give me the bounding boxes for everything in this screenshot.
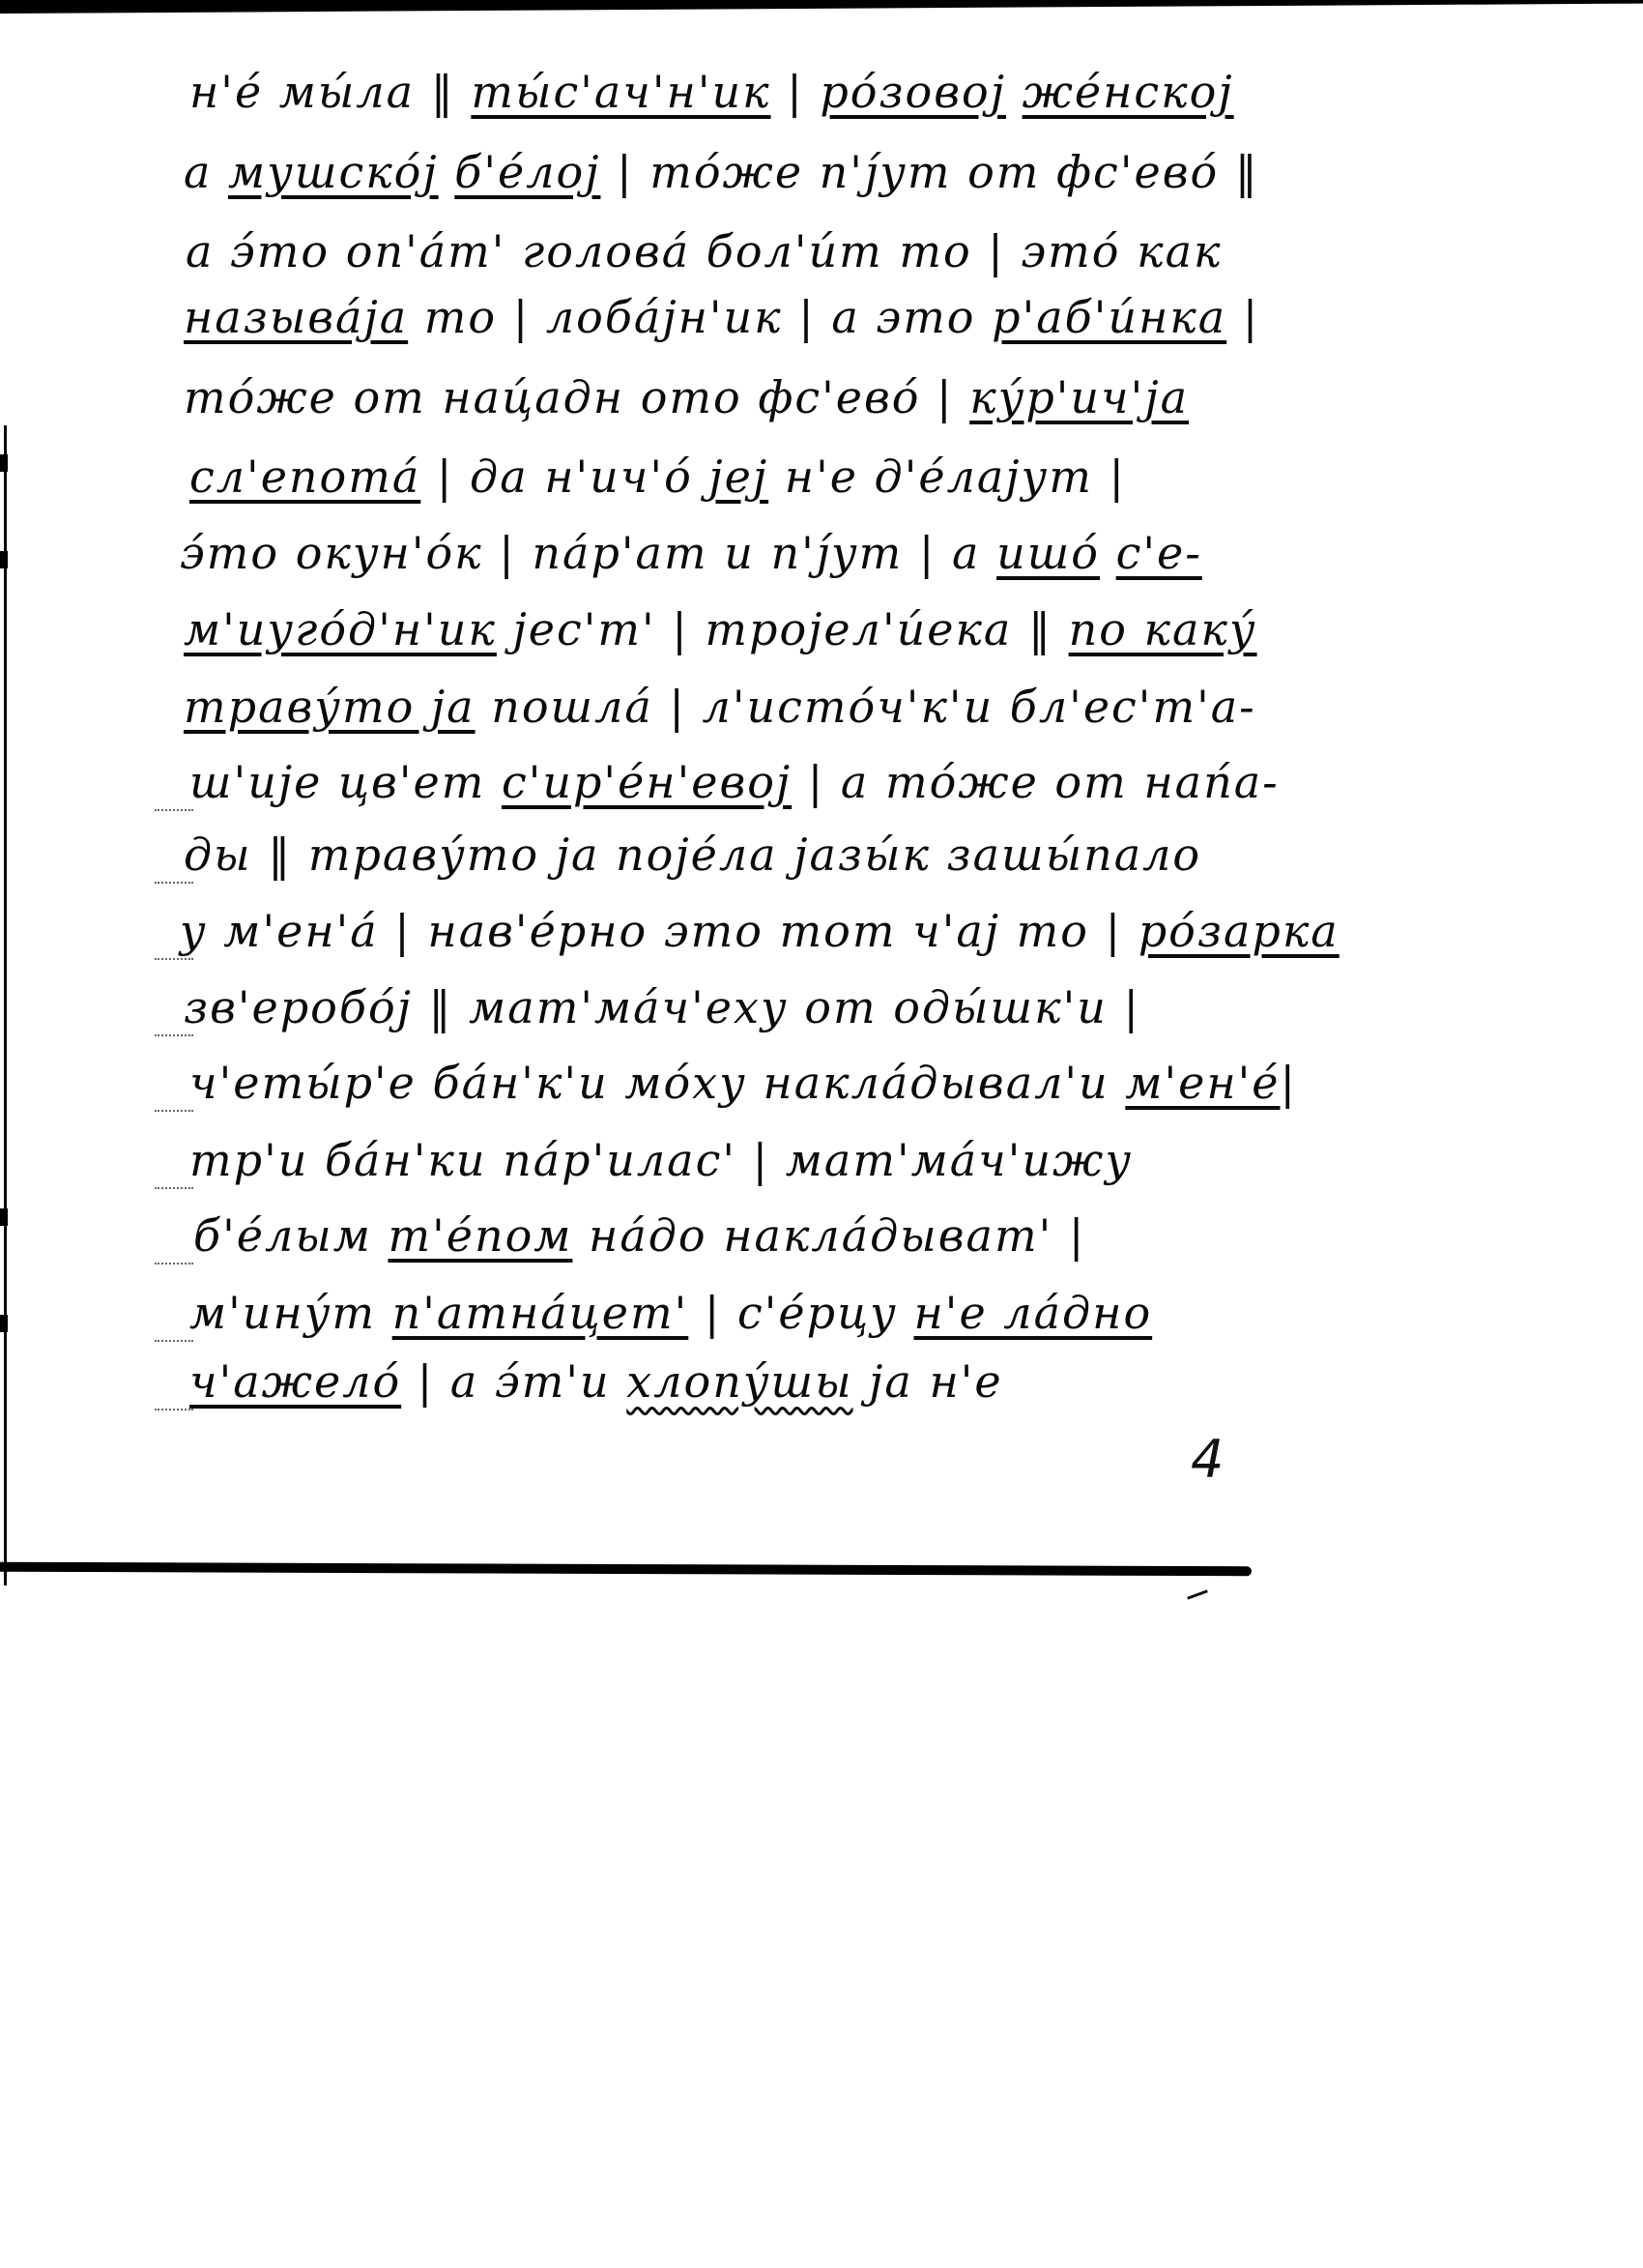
text-segment: ш'иjе цв'ет — [189, 756, 502, 808]
faint-guide-line — [155, 958, 193, 960]
underlined-word: р'аб'и́нка — [992, 291, 1226, 343]
text-segment: а — [184, 146, 228, 198]
underlined-word: ро́зовој — [820, 66, 1006, 118]
manuscript-line: зв'еробо́ј ‖ мат'ма́ч'еху от оды́шк'и | — [184, 981, 1140, 1039]
underlined-word: с'ир'е́н'евоj — [502, 756, 792, 808]
underlined-word: ишо́ — [996, 527, 1100, 579]
faint-guide-line — [155, 1187, 193, 1189]
text-segment: | — [1226, 291, 1259, 343]
underlined-word: по каку́ — [1069, 603, 1257, 655]
page-number: 4 — [1191, 1429, 1224, 1490]
manuscript-line: б'е́лым т'е́пом на́до накла́дыват' | — [193, 1209, 1085, 1267]
underlined-word: б'е́лоj — [454, 146, 600, 198]
manuscript-line: ш'иjе цв'ет с'ир'е́н'евоj | а то́же от н… — [189, 756, 1280, 814]
manuscript-line: м'иуго́д'н'ик jес'т' | тројел'и́ека ‖ по… — [184, 603, 1257, 661]
underlined-word: хлопу́шы — [626, 1355, 852, 1408]
manuscript-line: то́же от нац́адн ото фс'ево́ | ку́р'ич'j… — [184, 371, 1189, 429]
faint-guide-line — [155, 1409, 193, 1410]
text-segment: зв'еробо́ј ‖ мат'ма́ч'еху от оды́шк'и | — [184, 981, 1140, 1033]
manuscript-line: тр'и ба́н'ки па́р'илас' | мат'ма́ч'ижу — [189, 1134, 1133, 1192]
underlined-word: н'е ла́дно — [914, 1287, 1153, 1339]
text-segment: б'е́лым — [193, 1209, 388, 1262]
faint-guide-line — [155, 809, 193, 811]
faint-guide-line — [155, 1263, 193, 1265]
text-segment: | да н'ич'о́ — [420, 451, 708, 503]
manuscript-line: ды ‖ траву́то jа поје́ла jазы́к зашы́пал… — [184, 829, 1201, 887]
text-segment: | с'е́рцу — [688, 1287, 913, 1339]
manuscript-line: а мушско́ј б'е́лоj | то́же п'j́ут от фс'… — [184, 146, 1259, 204]
text-segment: | а то́же от нап́а- — [792, 756, 1280, 808]
text-segment — [439, 146, 455, 198]
manuscript-page: н'е́ мы́ла ‖ ты́с'ач'н'ик | ро́зовој же́… — [0, 0, 1256, 1571]
manuscript-line: траву́то jа пошла́ | л'исто́ч'к'и бл'ес'… — [184, 681, 1256, 739]
text-segment: то́же от нац́адн ото фс'ево́ | — [184, 371, 969, 423]
manuscript-line: сл'епота́ | да н'ич'о́ jеj н'е д'е́лаjут… — [189, 451, 1126, 509]
text-segment: у м'ен'а́ | нав'е́рно это тот ч'аj то | — [180, 905, 1139, 957]
underlined-word: ты́с'ач'н'ик — [471, 66, 770, 118]
manuscript-line: называ́jа то | лоба́jн'ик | а это р'аб'и… — [184, 291, 1259, 349]
underlined-word: траву́то jа — [184, 681, 476, 733]
text-segment: на́до накла́дыват' | — [572, 1209, 1085, 1262]
text-segment: jес'т' | тројел'и́ека ‖ — [497, 603, 1069, 655]
text-segment: ды ‖ траву́то jа поје́ла jазы́к зашы́пал… — [184, 829, 1201, 881]
manuscript-line: н'е́ мы́ла ‖ ты́с'ач'н'ик | ро́зовој же́… — [189, 66, 1234, 124]
faint-guide-line — [155, 1340, 193, 1342]
text-segment: а э́то оп'а́т' голова́ бол'и́т то | это́… — [186, 225, 1222, 277]
underlined-word: ку́р'ич'jа — [969, 371, 1189, 423]
text-segment — [1006, 66, 1023, 118]
text-segment: | — [1281, 1057, 1298, 1109]
manuscript-line: ч'ажело́ | а э́т'и хлопу́шы jа н'е — [189, 1355, 1003, 1413]
text-segment: тр'и ба́н'ки па́р'илас' | мат'ма́ч'ижу — [189, 1134, 1133, 1186]
manuscript-line: у м'ен'а́ | нав'е́рно это тот ч'аj то | … — [180, 905, 1340, 963]
underlined-word: называ́jа — [184, 291, 408, 343]
underlined-word: п'атна́цет' — [392, 1287, 689, 1339]
underlined-word: с'е- — [1116, 527, 1202, 579]
manuscript-line: ч'еты́р'е ба́н'к'и мо́ху накла́дывал'и м… — [189, 1057, 1297, 1115]
manuscript-line: а э́то оп'а́т' голова́ бол'и́т то | это́… — [186, 225, 1222, 283]
underlined-word: т'е́пом — [388, 1209, 572, 1262]
underlined-word: мушско́ј — [228, 146, 439, 198]
manuscript-line: м'ину́т п'атна́цет' | с'е́рцу н'е ла́дно — [189, 1287, 1152, 1345]
faint-guide-line — [155, 1034, 193, 1036]
text-segment: ч'еты́р'е ба́н'к'и мо́ху накла́дывал'и — [189, 1057, 1125, 1109]
underlined-word: ро́зарка — [1139, 905, 1340, 957]
text-segment: | — [771, 66, 821, 118]
manuscript-line: э́то окун'о́к | па́р'ат и п'j́ут | а ишо… — [180, 527, 1202, 585]
underlined-word: jеj — [708, 451, 768, 503]
faint-guide-line — [155, 1110, 193, 1112]
underlined-word: м'иуго́д'н'ик — [184, 603, 497, 655]
text-segment: н'е́ мы́ла ‖ — [189, 66, 471, 118]
underlined-word: ч'ажело́ — [189, 1355, 401, 1408]
text-segment: э́то окун'о́к | па́р'ат и п'j́ут | а — [180, 527, 996, 579]
text-segment: н'е д'е́лаjут | — [768, 451, 1126, 503]
text-segment: jа н'е — [853, 1355, 1003, 1408]
text-segment — [1100, 527, 1116, 579]
text-segment: | то́же п'j́ут от фс'ево́ ‖ — [600, 146, 1258, 198]
underlined-word: м'ен'е́ — [1125, 1057, 1280, 1109]
faint-guide-line — [155, 882, 193, 884]
text-segment: то | лоба́jн'ик | а это — [408, 291, 992, 343]
text-segment: | а э́т'и — [401, 1355, 626, 1408]
underlined-word: же́нскоj — [1023, 66, 1234, 118]
text-segment: пошла́ | л'исто́ч'к'и бл'ес'т'а- — [476, 681, 1256, 733]
underlined-word: сл'епота́ — [189, 451, 420, 503]
pen-mark — [1187, 1589, 1208, 1599]
text-segment: м'ину́т — [189, 1287, 392, 1339]
